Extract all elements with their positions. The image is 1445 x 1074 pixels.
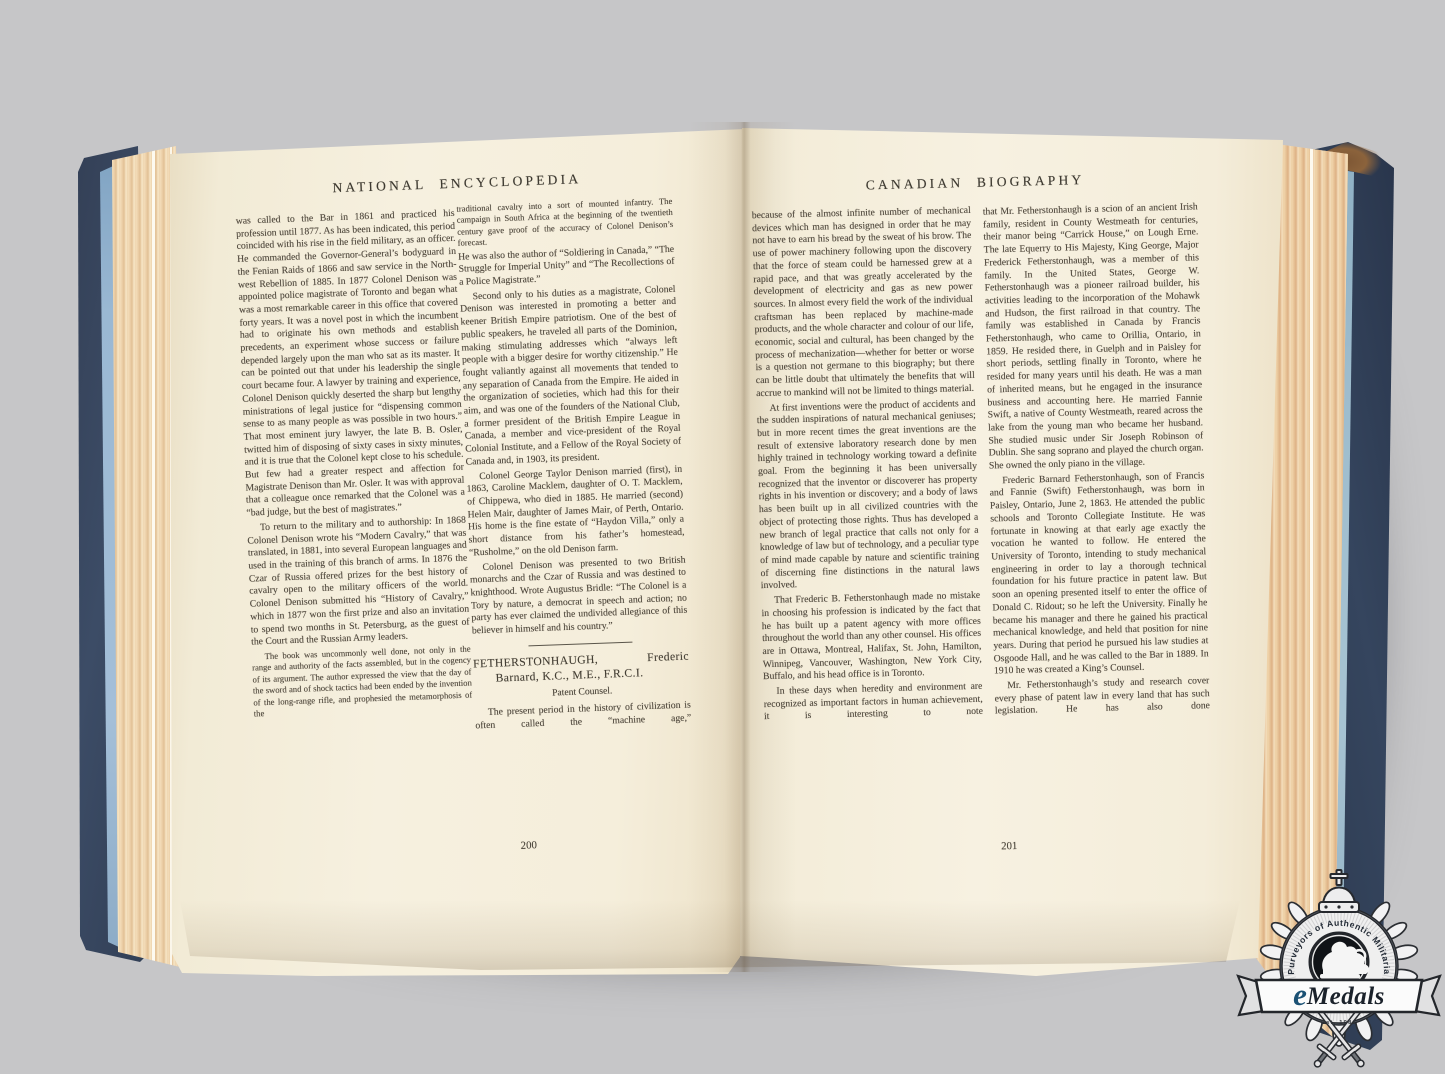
brand-initial: e [1293,977,1307,1012]
paragraph-fine-print: traditional cavalry into a sort of mount… [456,196,674,250]
paragraph: Colonel Denison was presented to two Bri… [469,554,688,638]
paragraph: He was also the author of “Soldiering in… [458,243,675,289]
page-number-right: 201 [979,839,1039,852]
page-number-left: 200 [499,838,559,852]
right-page-column-1: because of the almost infinite number of… [752,205,987,862]
paragraph: because of the almost infinite number of… [752,205,976,401]
paragraph: The present period in the history of civ… [475,700,692,733]
established-text: Est. 1981 [1321,1020,1357,1026]
paragraph: Second only to his duties as a magistrat… [459,284,681,470]
left-page-content: NATIONAL ENCYCLOPEDIA was called to the … [151,114,762,991]
crown-icon [1319,870,1359,912]
paragraph: Mr. Fetherstonhaugh’s study and research… [994,675,1210,718]
paragraph-fine-print: The book was uncommonly well done, not o… [252,643,473,719]
left-page-column-2: traditional cavalry into a sort of mount… [456,196,696,863]
running-head-right: CANADIAN BIOGRAPHY [855,172,1095,194]
section-divider-rule [528,641,632,646]
brand-rest: Medals [1306,983,1385,1010]
left-page-column-1: was called to the Bar in 1861 and practi… [236,208,479,864]
entry-heading: FETHERSTONHAUGH, Frederic Barnard, K.C.,… [473,648,690,686]
right-page-content: CANADIAN BIOGRAPHY because of the almost… [726,111,1297,984]
book-photograph: NATIONAL ENCYCLOPEDIA was called to the … [0,0,1445,1074]
paragraph: Frederic Barnard Fetherstonhaugh, son of… [989,470,1209,678]
paragraph: That Frederic B. Fetherstonhaugh made no… [761,590,982,684]
paragraph: In these days when heredity and environm… [763,681,983,724]
running-head-left: NATIONAL ENCYCLOPEDIA [332,171,572,196]
brand-wordmark: eMedals [1293,977,1385,1012]
paragraph: To return to the military and to authors… [247,514,471,649]
paragraph: At first inventions were the product of … [756,397,980,593]
right-page-column-2: that Mr. Fetherstonhaugh is a scion of a… [983,201,1214,856]
paragraph: that Mr. Fetherstonhaugh is a scion of a… [983,201,1204,473]
paragraph: was called to the Bar in 1861 and practi… [236,208,466,521]
paragraph: Colonel George Taylor Denison married (f… [466,463,685,560]
emedals-watermark-badge: Purveyors of Authentic Militaria [1224,864,1445,1074]
